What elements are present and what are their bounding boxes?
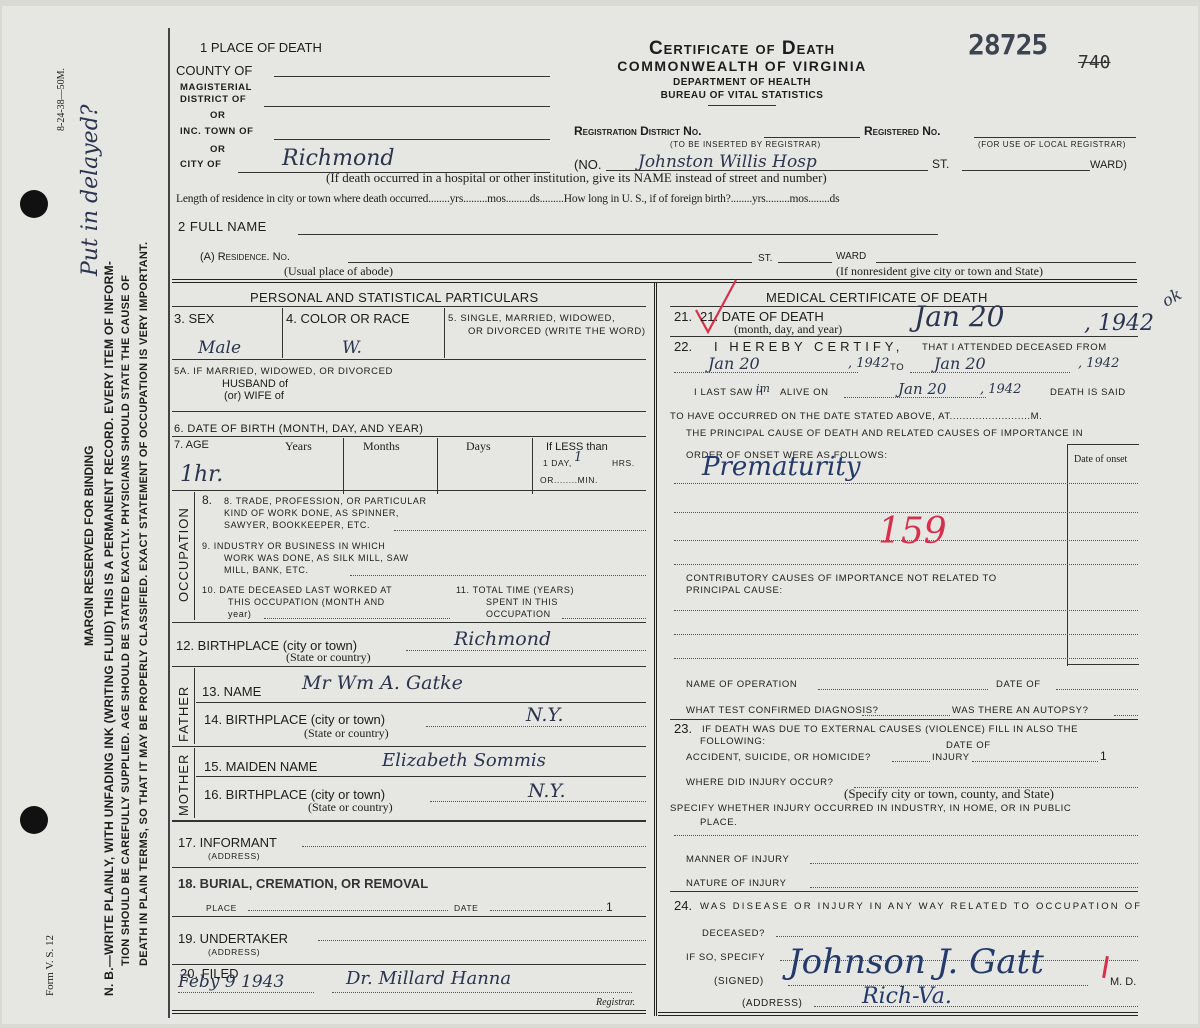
injury-place-field[interactable] (674, 835, 1138, 836)
burial-date-field[interactable] (490, 910, 602, 911)
contributory-field-3[interactable] (674, 658, 1138, 659)
undertaker-field[interactable] (318, 940, 646, 941)
magisterial-label: Magisterial (180, 82, 252, 93)
margin-rule (168, 28, 170, 1018)
certificate-title: Certificate of Death (562, 38, 922, 60)
death-year-value[interactable]: , 1942 (1084, 311, 1154, 336)
manner-field[interactable] (810, 863, 1138, 864)
accident-field[interactable] (892, 761, 930, 762)
print-code: 8-24-38—50M. (56, 68, 67, 131)
father-birthplace-value[interactable]: N.Y. (526, 704, 564, 726)
registered-no-label: Registered No. (864, 124, 940, 138)
contributory-field-2[interactable] (674, 634, 1138, 635)
physician-address-value[interactable]: Rich-Va. (862, 984, 952, 1009)
personal-heading: PERSONAL AND STATISTICAL PARTICULARS (250, 290, 538, 305)
nature-field[interactable] (810, 887, 1138, 888)
ward-residence-field[interactable] (876, 262, 1136, 263)
city-value[interactable]: Richmond (282, 146, 394, 171)
county-field[interactable] (274, 76, 550, 77)
death-date-value[interactable]: Jan 20 (914, 300, 1004, 333)
margin-note-line2: TION SHOULD BE CAREFULLY SUPPLIED. AGE S… (120, 275, 132, 966)
informant-field[interactable] (302, 846, 646, 847)
test-field[interactable] (862, 715, 950, 716)
city-label: City of (180, 159, 222, 170)
mother-name-value[interactable]: Elizabeth Sommis (382, 750, 546, 771)
sex-value[interactable]: Male (198, 338, 241, 358)
contributory-field-1[interactable] (674, 610, 1138, 611)
age-value[interactable]: 1hr. (180, 462, 223, 487)
total-time-field[interactable] (562, 618, 646, 619)
industry-field[interactable] (350, 575, 646, 576)
full-name-label: 2 FULL NAME (178, 219, 267, 234)
registration-district-field[interactable] (764, 137, 860, 138)
stamp-number: 28725 (968, 28, 1047, 61)
county-label: County of (176, 63, 252, 78)
registration-district-label: Registration District No. (574, 124, 701, 138)
attended-to-value[interactable]: Jan 20 (934, 354, 986, 373)
hours-value[interactable]: 1 (574, 450, 582, 465)
occupation-related-field[interactable] (776, 936, 1138, 937)
registered-no-field[interactable] (974, 137, 1136, 138)
registrar-signature[interactable]: Dr. Millard Hanna (346, 968, 511, 989)
mother-birthplace-value[interactable]: N.Y. (528, 780, 566, 802)
cause-code: 159 (878, 511, 947, 552)
injury-date-field[interactable] (972, 761, 1098, 762)
form-id: Form V. S. 12 (44, 935, 56, 996)
residence-field[interactable] (348, 262, 752, 263)
autopsy-field[interactable] (1114, 715, 1138, 716)
place-of-death-label: 1 PLACE OF DEATH (200, 40, 322, 55)
margin-reserved: MARGIN RESERVED FOR BINDING (82, 446, 96, 646)
town-label: Inc. Town of (180, 126, 254, 137)
last-worked-field[interactable] (264, 618, 450, 619)
institution-note: (If death occurred in a hospital or othe… (326, 170, 827, 186)
mother-side-label: MOTHER (176, 754, 191, 816)
binding-hole-bottom (20, 806, 48, 834)
dob-field[interactable] (172, 436, 646, 437)
trade-field[interactable] (394, 530, 646, 531)
race-value[interactable]: W. (342, 338, 362, 358)
death-certificate: Form V. S. 12 8-24-38—50M. Put in delaye… (2, 6, 1198, 1024)
operation-field[interactable] (818, 689, 988, 690)
stamp-struck-number: 740 (1078, 52, 1111, 73)
physician-signature[interactable]: Johnson J. Gatt (788, 942, 1044, 982)
attended-from-value[interactable]: Jan 20 (708, 354, 760, 373)
father-side-label: FATHER (176, 686, 191, 742)
father-name-value[interactable]: Mr Wm A. Gatke (302, 672, 463, 694)
town-field[interactable] (274, 139, 550, 140)
margin-note-line3: DEATH IN PLAIN TERMS, SO THAT IT MAY BE … (138, 242, 150, 966)
district-label: District of (180, 94, 246, 105)
residence-length: Length of residence in city or town wher… (176, 193, 839, 205)
occupation-side-label: OCCUPATION (176, 507, 191, 602)
binding-hole-top (20, 190, 48, 218)
burial-place-field[interactable] (248, 910, 448, 911)
filed-date-value[interactable]: Feby 9 1943 (178, 972, 284, 992)
ward-field[interactable] (962, 170, 1090, 171)
margin-handwritten-note: Put in delayed? (78, 104, 103, 276)
commonwealth-title: Commonwealth of Virginia (562, 58, 922, 74)
birthplace-value[interactable]: Richmond (454, 628, 551, 650)
column-divider (654, 282, 657, 1016)
bureau-name: Bureau of Vital Statistics (562, 90, 922, 101)
last-seen-value[interactable]: Jan 20 (898, 380, 946, 398)
department-name: Department of Health (562, 77, 922, 88)
institution-value[interactable]: Johnston Willis Hosp (638, 152, 817, 172)
ok-mark: ok (1159, 284, 1185, 310)
full-name-field[interactable] (298, 234, 938, 235)
spouse-field[interactable] (172, 411, 646, 412)
district-field[interactable] (264, 106, 550, 107)
cause-of-death-value[interactable]: Prematurity (702, 452, 861, 482)
margin-note-line1: N. B.—WRITE PLAINLY, WITH UNFADING INK (… (102, 261, 116, 996)
